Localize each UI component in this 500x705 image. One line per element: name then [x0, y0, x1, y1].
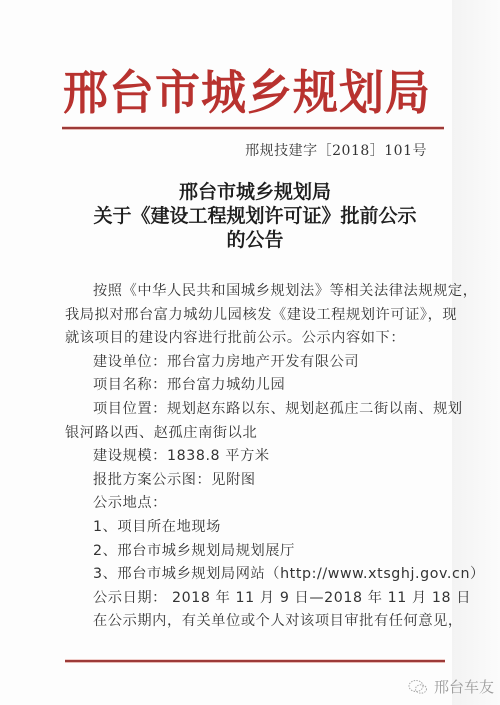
watermark-label: 邢台车友	[434, 676, 494, 697]
title-line-1: 邢台市城乡规划局	[65, 180, 445, 204]
intro-line-1: 按照《中华人民共和国城乡规划法》等相关法律法规规定，	[65, 280, 447, 304]
wechat-icon	[408, 679, 428, 695]
location-item-3: 3、邢台市城乡规划局网站（http://www.xtsghj.gov.cn）	[65, 563, 447, 587]
title-line-2: 关于《建设工程规划许可证》批前公示	[65, 204, 445, 228]
document-number: 邢规技建字［2018］101号	[245, 140, 427, 160]
intro-line-3: 就该项目的建设内容进行批前公示。公示内容如下：	[65, 327, 447, 351]
locations-label: 公示地点：	[65, 492, 447, 516]
project-location-line-1: 项目位置：规划赵东路以东、规划赵孤庄二街以南、规划	[65, 398, 447, 422]
intro-line-2: 我局拟对邢台富力城幼儿园核发《建设工程规划许可证》，现	[65, 304, 447, 328]
plan-drawing: 报批方案公示图：见附图	[65, 469, 447, 493]
location-item-1: 1、项目所在地现场	[65, 516, 447, 540]
notice-title: 邢台市城乡规划局 关于《建设工程规划许可证》批前公示 的公告	[65, 180, 445, 252]
project-location-line-2: 银河路以西、赵孤庄南街以北	[65, 422, 447, 446]
construction-scale: 建设规模：1838.8 平方米	[65, 445, 447, 469]
letterhead-divider	[62, 127, 444, 129]
location-item-2: 2、邢台市城乡规划局规划展厅	[65, 540, 447, 564]
project-name: 项目名称：邢台富力城幼儿园	[65, 374, 447, 398]
closing-line: 在公示期内，有关单位或个人对该项目审批有任何意见，	[65, 610, 447, 634]
publicity-date: 公示日期： 2018 年 11 月 9 日—2018 年 11 月 18 日	[65, 587, 447, 611]
title-line-3: 的公告	[65, 228, 445, 252]
letterhead-agency-name: 邢台市城乡规划局	[0, 68, 500, 118]
letterhead-text: 邢台市城乡规划局	[63, 67, 431, 120]
construction-unit: 建设单位：邢台富力房地产开发有限公司	[65, 351, 447, 375]
footer-divider	[65, 660, 445, 662]
source-watermark: 邢台车友	[408, 676, 494, 697]
notice-body: 按照《中华人民共和国城乡规划法》等相关法律法规规定， 我局拟对邢台富力城幼儿园核…	[65, 280, 447, 634]
